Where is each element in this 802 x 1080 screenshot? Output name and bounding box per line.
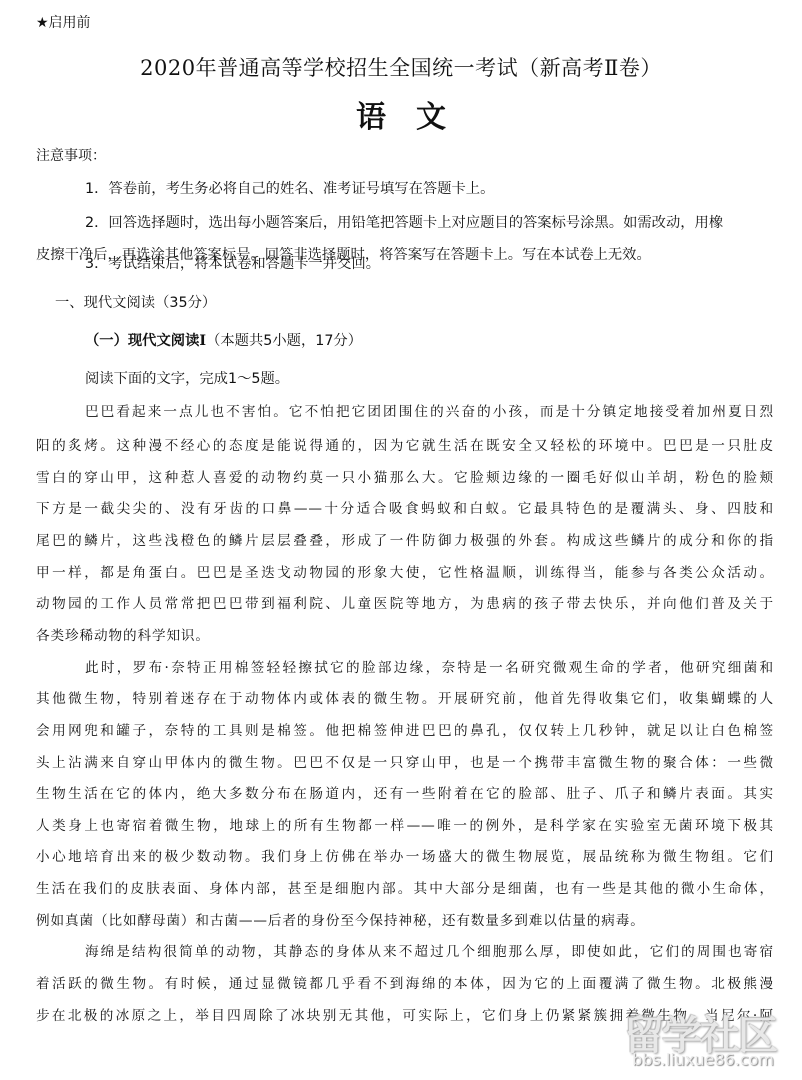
notice-item-1: 1．答卷前，考生务必将自己的姓名、准考证号填写在答题卡上。 — [85, 178, 494, 198]
passage-line: 其他微生物，特别着迷存在于动物体内或体表的微生物。开展研究前，他首先得收集它们，… — [36, 687, 774, 707]
reading-instruction: 阅读下面的文字，完成1～5题。 — [85, 368, 289, 388]
passage-line: 此时，罗布·奈特正用棉签轻轻擦拭它的脸部边缘，奈特是一名研究微观生命的学者，他研… — [85, 656, 774, 676]
passage-line: 着活跃的微生物。有时候，通过显微镜都几乎看不到海绵的本体，因为它的上面覆满了微生… — [36, 972, 774, 992]
watermark-site: bbs.liuxue86.com — [632, 1050, 774, 1069]
subsection-title: （一）现代文阅读Ⅰ（本题共5小题，17分） — [85, 330, 362, 350]
passage-line: 尾巴的鳞片，这些浅橙色的鳞片层层叠叠，形成了一件防御力极强的外套。构成这些鳞片的… — [36, 529, 774, 549]
passage-line: 小心地培育出来的极少数动物。我们身上仿佛在举办一场盛大的微生物展览，展品统称为微… — [36, 845, 774, 865]
subsection-title-bold: （一）现代文阅读Ⅰ — [85, 333, 206, 349]
section-title: 一、现代文阅读（35分） — [55, 292, 216, 312]
subject-title: 语文 — [0, 92, 802, 136]
passage-line: 下方是一截尖尖的、没有牙齿的口鼻——十分适合吸食蚂蚁和白蚁。它最具特色的是覆满头… — [36, 497, 774, 517]
passage-line: 雪白的穿山甲，这种惹人喜爱的动物约莫一只小猫那么大。它脸颊边缘的一圈毛好似山羊胡… — [36, 466, 774, 486]
exam-title: 2020年普通高等学校招生全国统一考试（新高考Ⅱ卷） — [0, 52, 802, 82]
notice-item-3: 3．考试结束后，将本试卷和答题卡一并交回。 — [85, 253, 380, 273]
passage-line: 各类珍稀动物的科学知识。 — [36, 624, 774, 644]
passage-line: 海绵是结构很简单的动物，其静态的身体从来不超过几个细胞那么厚，即使如此，它们的周… — [85, 940, 774, 960]
passage-line: 头上沾满来自穿山甲体内的微生物。巴巴不仅是一只穿山甲，也是一个携带丰富微生物的聚… — [36, 751, 774, 771]
passage-line: 生活在我们的皮肤表面、身体内部，甚至是细胞内部。其中大部分是细菌，也有一些是其他… — [36, 877, 774, 897]
passage-line: 会用网兜和罐子，奈特的工具则是棉签。他把棉签伸进巴巴的鼻孔，仅仅转上几秒钟，就足… — [36, 719, 774, 739]
confidential-badge: ★启用前 — [36, 12, 91, 32]
passage-line: 人类身上也寄宿着微生物，地球上的所有生物都一样——唯一的例外，是科学家在实验室无… — [36, 814, 774, 834]
passage-line: 例如真菌（比如酵母菌）和古菌——后者的身份至今保持神秘，还有数量多到难以估量的病… — [36, 909, 774, 929]
passage-line: 生物生活在它的体内，绝大多数分布在肠道内，还有一些附着在它的脸部、肚子、爪子和鳞… — [36, 782, 774, 802]
subsection-note: （本题共5小题，17分） — [206, 333, 362, 349]
passage-line: 甲一样，都是角蛋白。巴巴是圣迭戈动物园的形象大使，它性格温顺，训练得当，能参与各… — [36, 561, 774, 581]
notice-item-2: 2．回答选择题时，选出每小题答案后，用铅笔把答题卡上对应题目的答案标号涂黑。如需… — [85, 212, 723, 232]
watermark-logo: 留学社区 bbs.liuxue86.com — [628, 1004, 778, 1074]
passage-line: 动物园的工作人员常常把巴巴带到福利院、儿童医院等地方，为患病的孩子带去快乐，并向… — [36, 592, 774, 612]
passage-line: 阳的炙烤。这种漫不经心的态度是能说得通的，因为它就生活在既安全又轻松的环境中。巴… — [36, 434, 774, 454]
passage-line: 巴巴看起来一点儿也不害怕。它不怕把它团团围住的兴奋的小孩，而是十分镇定地接受着加… — [85, 400, 774, 420]
notice-heading: 注意事项： — [36, 145, 106, 165]
